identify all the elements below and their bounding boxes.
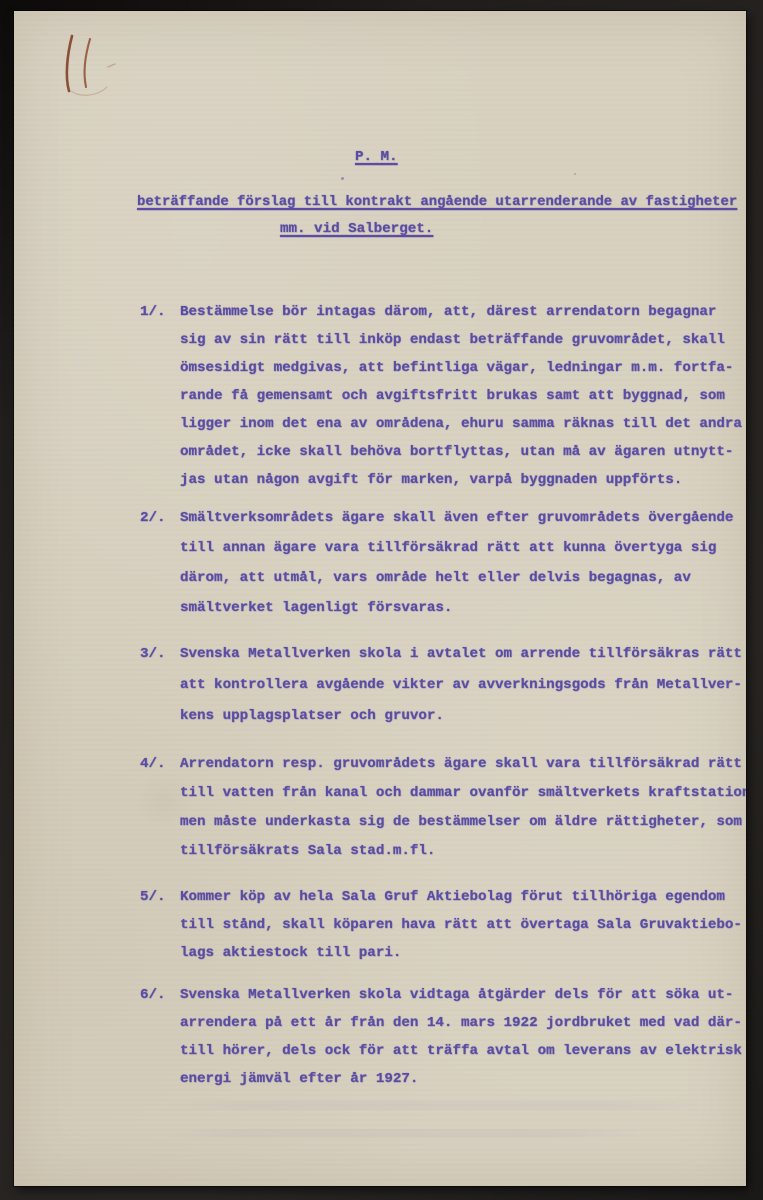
item-number: 1/. bbox=[140, 298, 166, 326]
item-number: 3/. bbox=[140, 639, 166, 670]
ink-speck bbox=[341, 177, 344, 180]
item-text: Svenska Metallverken skola i avtalet om … bbox=[180, 639, 746, 732]
item-number: 5/. bbox=[140, 883, 166, 911]
bleed-through-smudge bbox=[164, 1101, 704, 1110]
memo-title: P. M. bbox=[355, 146, 398, 168]
item-text: Bestämmelse bör intagas därom, att, däre… bbox=[180, 298, 746, 494]
memo-subtitle-line2: mm. vid Salberget. bbox=[280, 218, 433, 240]
item-text: Arrendatorn resp. gruvområdets ägare ska… bbox=[180, 750, 746, 866]
item-text: Svenska Metallverken skola vidtaga åtgär… bbox=[180, 981, 746, 1093]
item-text: Kommer köp av hela Sala Gruf Aktiebolag … bbox=[180, 883, 746, 967]
item-text: Smältverksområdets ägare skall även efte… bbox=[180, 503, 746, 623]
item-number: 6/. bbox=[140, 981, 166, 1009]
scanner-background: P. M. beträffande förslag till kontrakt … bbox=[0, 0, 763, 1200]
item-number: 2/. bbox=[140, 503, 166, 533]
paper-stain bbox=[134, 771, 194, 831]
handwritten-margin-mark bbox=[52, 23, 124, 101]
ink-speck bbox=[574, 173, 576, 175]
memo-subtitle-line1: beträffande förslag till kontrakt angåen… bbox=[137, 191, 737, 213]
bleed-through-smudge bbox=[164, 1129, 644, 1138]
document-paper: P. M. beträffande förslag till kontrakt … bbox=[14, 11, 746, 1186]
